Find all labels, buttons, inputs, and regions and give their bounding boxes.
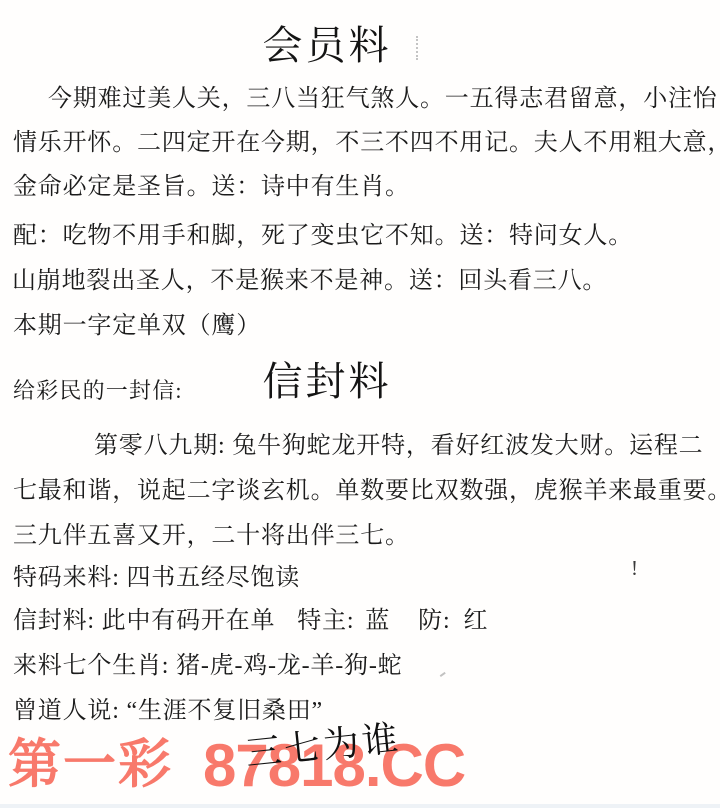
fang-value: 红	[463, 606, 488, 636]
exclamation-mark: !	[631, 556, 638, 581]
scan-bottom-edge	[0, 804, 720, 808]
member-paragraph-line-3: 金命必定是圣旨。送：诗中有生肖。	[13, 172, 410, 202]
watermark-brand: 第一彩	[8, 736, 173, 794]
quote-line: 曾道人说: “生涯不复旧桑田”	[13, 696, 323, 726]
te-zhu-label: 特主:	[297, 606, 354, 636]
member-single-double-line: 本期一字定单双（鹰）	[13, 311, 261, 341]
special-code-line: 特码来料: 四书五经尽饱读	[13, 563, 300, 593]
member-paragraph-line-2: 情乐开怀。二四定开在今期，不三不四不用记。夫人不用粗大意，	[13, 128, 720, 158]
envelope-code-label: 信封料: 此中有码开在单	[13, 606, 275, 636]
member-paragraph-line-1: 今期难过美人关，三八当狂气煞人。一五得志君留意，小注怡	[48, 84, 718, 114]
scanned-document-page: 会员料 今期难过美人关，三八当狂气煞人。一五得志君留意，小注怡 情乐开怀。二四定…	[0, 0, 720, 808]
member-pei-line: 配：吃物不用手和脚，死了变虫它不知。送：特问女人。	[13, 221, 633, 251]
envelope-paragraph-line-3: 三九伴五喜又开，二十将出伴三七。	[13, 521, 410, 551]
scan-smudge	[416, 36, 420, 60]
scan-tick-mark	[436, 667, 446, 677]
zodiac-line: 来料七个生肖: 猪-虎-鸡-龙-羊-狗-蛇	[13, 651, 402, 681]
member-shan-line: 山崩地裂出圣人，不是猴来不是神。送：回头看三八。	[12, 266, 607, 296]
member-section-title: 会员料	[0, 14, 654, 71]
envelope-paragraph-line-2: 七最和谐，说起二字谈玄机。单数要比双数强，虎猴羊来最重要。	[13, 476, 720, 506]
te-zhu-value: 蓝	[365, 606, 390, 636]
envelope-code-line: 信封料: 此中有码开在单 特主: 蓝 防: 红	[13, 606, 488, 636]
envelope-paragraph-line-1: 第零八九期: 兔牛狗蛇龙开特，看好红波发大财。运程二	[94, 431, 703, 461]
envelope-intro-line: 给彩民的一封信:	[13, 377, 183, 405]
fang-label: 防:	[418, 606, 450, 636]
